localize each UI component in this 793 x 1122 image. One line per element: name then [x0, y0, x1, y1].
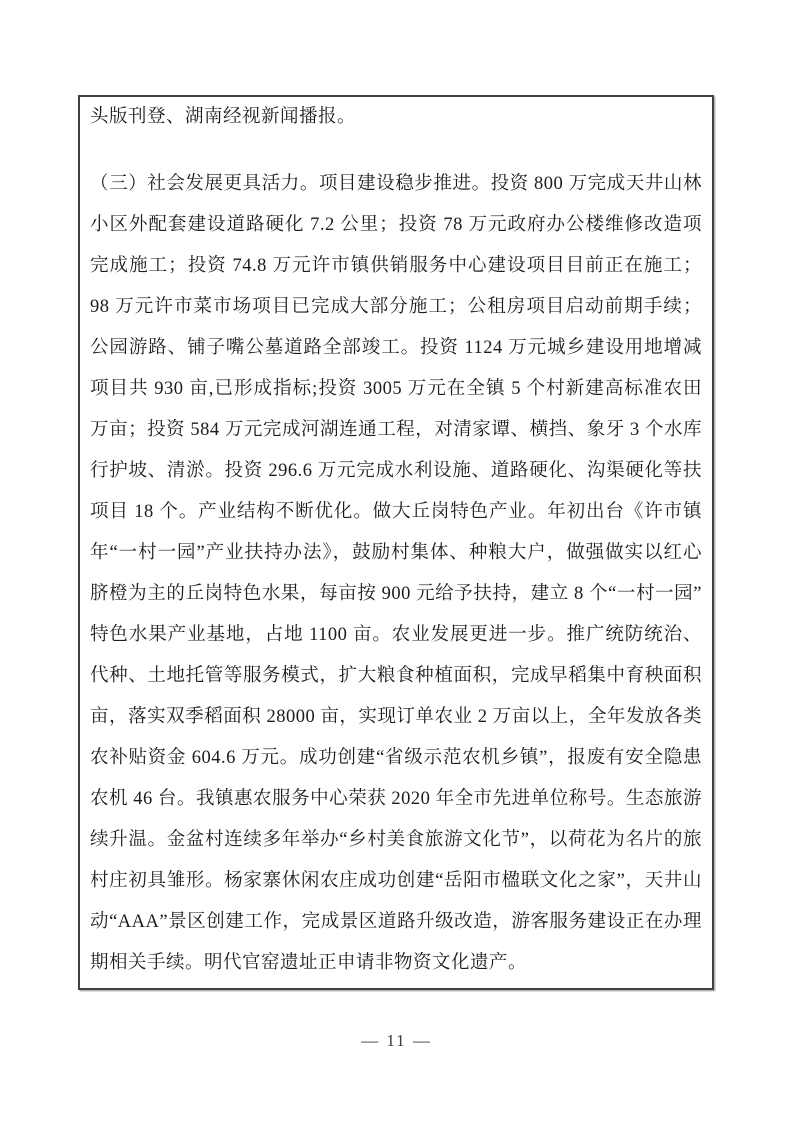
text-line: 年“一村一园”产业扶持办法》，鼓励村集体、种粮大户，做强做实以红心柚、 [90, 533, 702, 574]
text-line: 农机 46 台。我镇惠农服务中心荣获 2020 年全市先进单位称号。生态旅游持 [90, 779, 702, 820]
text-line: 项目 18 个。产业结构不断优化。做大丘岗特色产业。年初出台《许市镇 2020 [90, 492, 702, 533]
text-line: 完成施工；投资 74.8 万元许市镇供销服务中心建设项目目前正在施工；投资 [90, 246, 702, 287]
text-line: 项目共 930 亩,已形成指标;投资 3005 万元在全镇 5 个村新建高标准农… [90, 369, 702, 410]
text-line: 脐橙为主的丘岗特色水果，每亩按 900 元给予扶持，建立 8 个“一村一园” [90, 574, 702, 615]
text-line: 头版刊登、湖南经视新闻播报。 [90, 97, 702, 138]
text-line: 村庄初具雏形。杨家寨休闲农庄成功创建“岳阳市楹联文化之家”，天井山启 [90, 861, 702, 902]
text-line: 公园游路、铺子嘴公墓道路全部竣工。投资 1124 万元城乡建设用地增减挂钩 [90, 328, 702, 369]
text-line: 万亩；投资 584 万元完成河湖连通工程，对清家谭、横挡、象牙 3 个水库进 [90, 410, 702, 451]
text-line: 98 万元许市菜市场项目已完成大部分施工；公租房项目启动前期手续；烈士 [90, 287, 702, 328]
paragraph-continuation: 头版刊登、湖南经视新闻播报。 [90, 97, 702, 138]
text-line: 动“AAA”景区创建工作，完成景区道路升级改造，游客服务建设正在办理前 [90, 902, 702, 943]
text-line: 续升温。金盆村连续多年举办“乡村美食旅游文化节”，以荷花为名片的旅游 [90, 820, 702, 861]
paragraph-section-three: （三）社会发展更具活力。项目建设稳步推进。投资 800 万完成天井山林场 小区外… [90, 164, 702, 984]
text-line: 农补贴资金 604.6 万元。成功创建“省级示范农机乡镇”，报废有安全隐患的 [90, 738, 702, 779]
text-line: 行护坡、清淤。投资 296.6 万元完成水利设施、道路硬化、沟渠硬化等扶贫 [90, 451, 702, 492]
page-number: — 11 — [0, 1030, 793, 1052]
text-line: 特色水果产业基地，占地 1100 亩。农业发展更进一步。推广统防统治、代耕 [90, 615, 702, 656]
text-line: 小区外配套建设道路硬化 7.2 公里；投资 78 万元政府办公楼维修改造项目已 [90, 205, 702, 246]
text-line: 代种、土地托管等服务模式，扩大粮食种植面积，完成早稻集中育秧面积 800 [90, 656, 702, 697]
document-page: 头版刊登、湖南经视新闻播报。 （三）社会发展更具活力。项目建设稳步推进。投资 8… [0, 0, 793, 1122]
text-line: 亩，落实双季稻面积 28000 亩，实现订单农业 2 万亩以上，全年发放各类惠 [90, 697, 702, 738]
text-line: 期相关手续。明代官窑遗址正申请非物资文化遗产。 [90, 943, 702, 984]
document-border: 头版刊登、湖南经视新闻播报。 （三）社会发展更具活力。项目建设稳步推进。投资 8… [78, 95, 714, 990]
text-line: （三）社会发展更具活力。项目建设稳步推进。投资 800 万完成天井山林场 [90, 164, 702, 205]
